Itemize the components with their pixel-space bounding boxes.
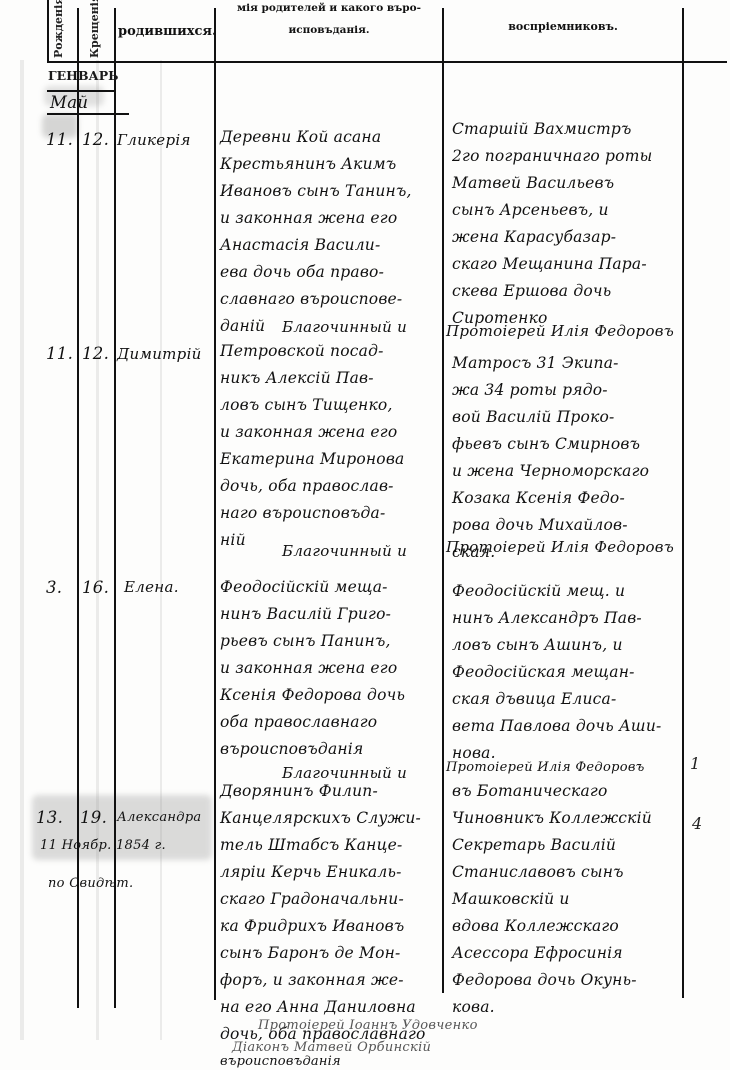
column-rule [214, 8, 216, 1000]
column-rule [77, 8, 79, 1008]
priest-name: Протоіерей Илія Федоровъ [446, 538, 674, 556]
parents-text: Петровской посад-никъ Алексій Пав- ловъ … [220, 338, 404, 554]
parents-text: Феодосійскій мещa-нинъ Василій Григо- рь… [220, 574, 405, 763]
scan-artifact [96, 60, 99, 1040]
birth-day: 11. [46, 344, 73, 363]
birth-day: 3. [46, 578, 62, 597]
name-note-certificate: по Свидѣт. [48, 876, 133, 891]
header-birth: Рожденія [52, 6, 65, 58]
header-parents-2: исповъданія. [216, 24, 442, 36]
godparents-text: Матросъ 31 Экипа-жа 34 роты рядо- вой Ва… [452, 350, 649, 566]
margin-mark: 1 [690, 754, 700, 773]
parents-text: Деревни Кой асанаКрестьянинъ Акимъ Ивано… [220, 124, 412, 340]
month-printed: ГЕНВАРЬ [48, 68, 118, 83]
header-name: родившихся. [118, 24, 212, 39]
godparents-text: Феодосійскій мещ. ининъ Александръ Пав- … [452, 578, 661, 767]
header-parents-1: мія родителей и какого въро- [216, 2, 442, 14]
godparents-text: въ БотаническагоЧиновникъ Коллежскій Сек… [452, 778, 652, 1021]
child-name: Гликерія [117, 131, 191, 149]
month-rule [47, 90, 114, 92]
month-handwritten: Май [50, 93, 88, 112]
header-baptism: Крещенія [88, 6, 101, 58]
signature-deacon: Діаконъ Матвей Орбинскій [232, 1040, 431, 1055]
scan-artifact [160, 60, 162, 1040]
child-name: Александра [117, 810, 202, 825]
register-page: Рожденія Крещенія родившихся. мія родите… [0, 0, 730, 1070]
child-name: Елена. [124, 578, 179, 596]
header-godparents: воспріемниковъ. [444, 20, 682, 33]
godparents-text: Старшій Вахмистръ2го пограничнаго роты М… [452, 116, 652, 332]
priest-name: Протоіерей Илія Федоровъ [446, 322, 674, 340]
signature-priest: Протоіерей Іоаннъ Удовченко [258, 1018, 478, 1033]
name-note-date: 11 Ноябр. 1854 г. [40, 838, 166, 853]
child-name: Димитрій [117, 345, 202, 363]
baptism-day: 19. [80, 808, 107, 827]
priest-note: Благочинный и [282, 542, 407, 560]
baptism-day: 12. [82, 130, 109, 149]
margin-mark: 4 [692, 814, 702, 833]
birth-day: 11. [46, 130, 73, 149]
column-rule [47, 0, 49, 62]
month-rule [47, 113, 129, 115]
scan-artifact [20, 60, 24, 1040]
priest-name: Протоіерей Илія Федоровъ [446, 760, 645, 775]
baptism-day: 16. [82, 578, 109, 597]
column-rule [114, 8, 116, 1008]
column-rule [682, 8, 684, 998]
birth-day: 13. [36, 808, 63, 827]
header-rule [47, 61, 727, 63]
baptism-day: 12. [82, 344, 109, 363]
priest-note: Благочинный и [282, 318, 407, 336]
column-rule [442, 8, 444, 993]
